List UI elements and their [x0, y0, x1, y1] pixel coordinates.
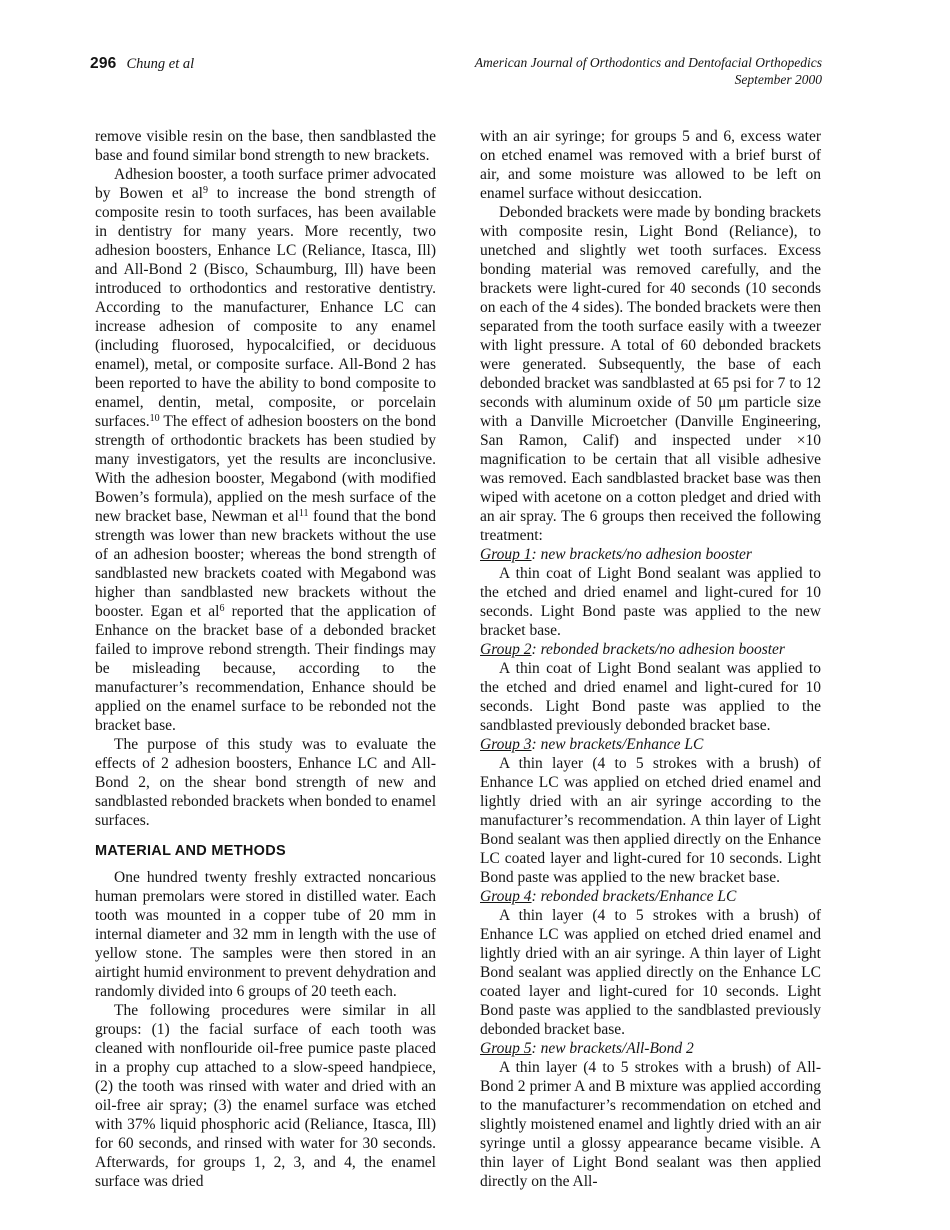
column-right: with an air syringe; for groups 5 and 6,… [480, 127, 821, 1191]
group-description: : new brackets/Enhance LC [532, 736, 704, 753]
paragraph: A thin layer (4 to 5 strokes with a brus… [480, 1058, 821, 1191]
journal-page: 296 Chung et al American Journal of Orth… [0, 0, 950, 1230]
reference-superscript: 10 [150, 413, 160, 424]
paragraph: A thin coat of Light Bond sealant was ap… [480, 659, 821, 735]
group-label: Group 3 [480, 736, 532, 753]
group-label: Group 2 [480, 641, 532, 658]
running-head: 296 Chung et al American Journal of Orth… [90, 55, 822, 88]
column-left: remove visible resin on the base, then s… [95, 127, 436, 1191]
group-description: : new brackets/no adhesion booster [532, 546, 752, 563]
reference-superscript: 6 [219, 603, 224, 614]
group-heading: Group 1: new brackets/no adhesion booste… [480, 545, 821, 564]
paragraph: The purpose of this study was to evaluat… [95, 735, 436, 830]
paragraph: Debonded brackets were made by bonding b… [480, 203, 821, 545]
paragraph: A thin layer (4 to 5 strokes with a brus… [480, 754, 821, 887]
paragraph: The following procedures were similar in… [95, 1001, 436, 1191]
group-label: Group 4 [480, 888, 532, 905]
running-authors: Chung et al [126, 56, 194, 73]
group-heading: Group 3: new brackets/Enhance LC [480, 735, 821, 754]
running-head-right: American Journal of Orthodontics and Den… [475, 55, 822, 88]
text-run: to increase the bond strength of composi… [95, 185, 436, 430]
text-run: reported that the application of Enhance… [95, 603, 436, 734]
group-heading: Group 4: rebonded brackets/Enhance LC [480, 887, 821, 906]
paragraph: Adhesion booster, a tooth surface primer… [95, 165, 436, 735]
paragraph: A thin layer (4 to 5 strokes with a brus… [480, 906, 821, 1039]
article-body: remove visible resin on the base, then s… [95, 127, 821, 1191]
running-head-left: 296 Chung et al [90, 55, 194, 73]
group-heading: Group 5: new brackets/All-Bond 2 [480, 1039, 821, 1058]
group-label: Group 5 [480, 1040, 532, 1057]
reference-superscript: 9 [203, 185, 208, 196]
reference-superscript: 11 [299, 508, 309, 519]
page-number: 296 [90, 55, 116, 73]
section-heading: MATERIAL AND METHODS [95, 843, 436, 859]
journal-title: American Journal of Orthodontics and Den… [475, 55, 822, 72]
paragraph: remove visible resin on the base, then s… [95, 127, 436, 165]
paragraph: A thin coat of Light Bond sealant was ap… [480, 564, 821, 640]
group-label: Group 1 [480, 546, 532, 563]
paragraph: One hundred twenty freshly extracted non… [95, 868, 436, 1001]
group-description: : rebonded brackets/no adhesion booster [532, 641, 785, 658]
group-description: : rebonded brackets/Enhance LC [532, 888, 737, 905]
paragraph: with an air syringe; for groups 5 and 6,… [480, 127, 821, 203]
group-description: : new brackets/All-Bond 2 [532, 1040, 694, 1057]
group-heading: Group 2: rebonded brackets/no adhesion b… [480, 640, 821, 659]
issue-date: September 2000 [475, 72, 822, 89]
